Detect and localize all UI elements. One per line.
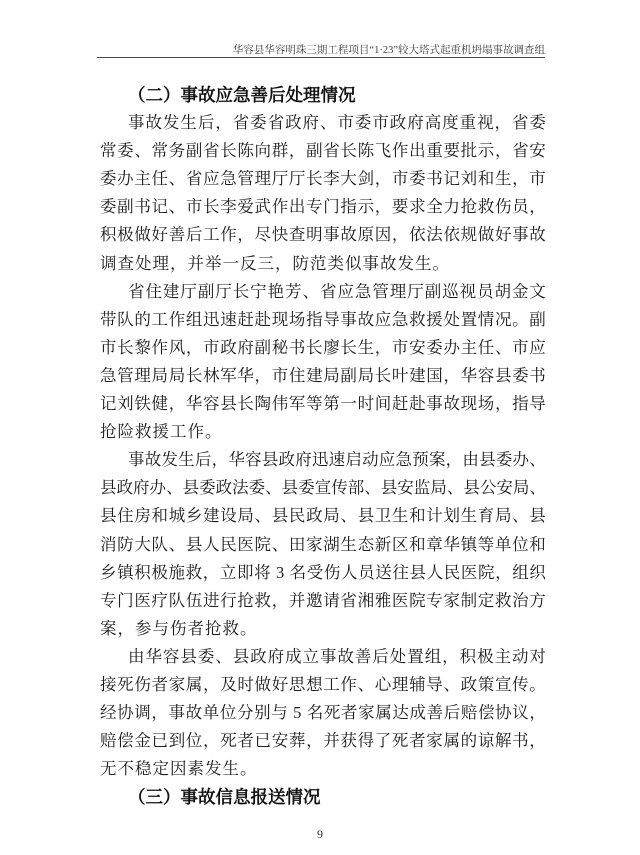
paragraph-line: 乡镇积极施救，立即将 3 名受伤人员送往县人民医院，组织 — [100, 559, 546, 587]
paragraph-line: 县政府办、县委政法委、县委宣传部、县安监局、县公安局、 — [100, 474, 546, 502]
document-body: （二）事故应急善后处理情况事故发生后，省委省政府、市委市政府高度重视，省委常委、… — [100, 81, 546, 811]
paragraph-line: 县住房和城乡建设局、县民政局、县卫生和计划生育局、县 — [100, 502, 546, 530]
paragraph-line: 事故发生后，华容县政府迅速启动应急预案，由县委办、 — [100, 446, 546, 474]
paragraph-line: 积极做好善后工作，尽快查明事故原因，依法依规做好事故 — [100, 221, 546, 249]
paragraph-line: 调查处理，并举一反三，防范类似事故发生。 — [100, 250, 546, 278]
paragraph-line: 由华容县委、县政府成立事故善后处置组，积极主动对 — [100, 643, 546, 671]
paragraph-line: 接死伤者家属，及时做好思想工作、心理辅导、政策宣传。 — [100, 671, 546, 699]
document-page: 华容县华容明珠三期工程项目“1·23”较大塔式起重机坍塌事故调查组 （二）事故应… — [0, 0, 640, 855]
paragraph-line: 记刘铁健，华容县长陶伟军等第一时间赶赴事故现场，指导 — [100, 390, 546, 418]
paragraph-line: 带队的工作组迅速赶赴现场指导事故应急救援处置情况。副 — [100, 306, 546, 334]
paragraph-line: 经协调，事故单位分别与 5 名死者家属达成善后赔偿协议， — [100, 699, 546, 727]
paragraph-line: 市长黎作风，市政府副秘书长廖长生，市安委办主任、市应 — [100, 334, 546, 362]
section-heading: （二）事故应急善后处理情况 — [100, 81, 546, 109]
paragraph-line: 急管理局局长林军华，市住建局副局长叶建国，华容县委书 — [100, 362, 546, 390]
header-rule-divider — [97, 57, 545, 58]
paragraph-line: 事故发生后，省委省政府、市委市政府高度重视，省委 — [100, 109, 546, 137]
paragraph-line: 省住建厅副厅长宁艳芳、省应急管理厅副巡视员胡金文 — [100, 278, 546, 306]
paragraph-line: 委办主任、省应急管理厅厅长李大剑，市委书记刘和生，市 — [100, 165, 546, 193]
paragraph-line: 委副书记、市长李爱武作出专门指示，要求全力抢救伤员， — [100, 193, 546, 221]
paragraph-line: 常委、常务副省长陈向群，副省长陈飞作出重要批示，省安 — [100, 137, 546, 165]
section-heading: （三）事故信息报送情况 — [100, 783, 546, 811]
paragraph-line: 赔偿金已到位，死者已安葬，并获得了死者家属的谅解书， — [100, 727, 546, 755]
paragraph-line: 抢险救援工作。 — [100, 418, 546, 446]
page-number: 9 — [0, 827, 640, 842]
paragraph-line: 无不稳定因素发生。 — [100, 755, 546, 783]
page-header-title: 华容县华容明珠三期工程项目“1·23”较大塔式起重机坍塌事故调查组 — [233, 42, 545, 57]
paragraph-line: 专门医疗队伍进行抢救，并邀请省湘雅医院专家制定救治方 — [100, 587, 546, 615]
paragraph-line: 消防大队、县人民医院、田家湖生态新区和章华镇等单位和 — [100, 531, 546, 559]
paragraph-line: 案，参与伤者抢救。 — [100, 615, 546, 643]
